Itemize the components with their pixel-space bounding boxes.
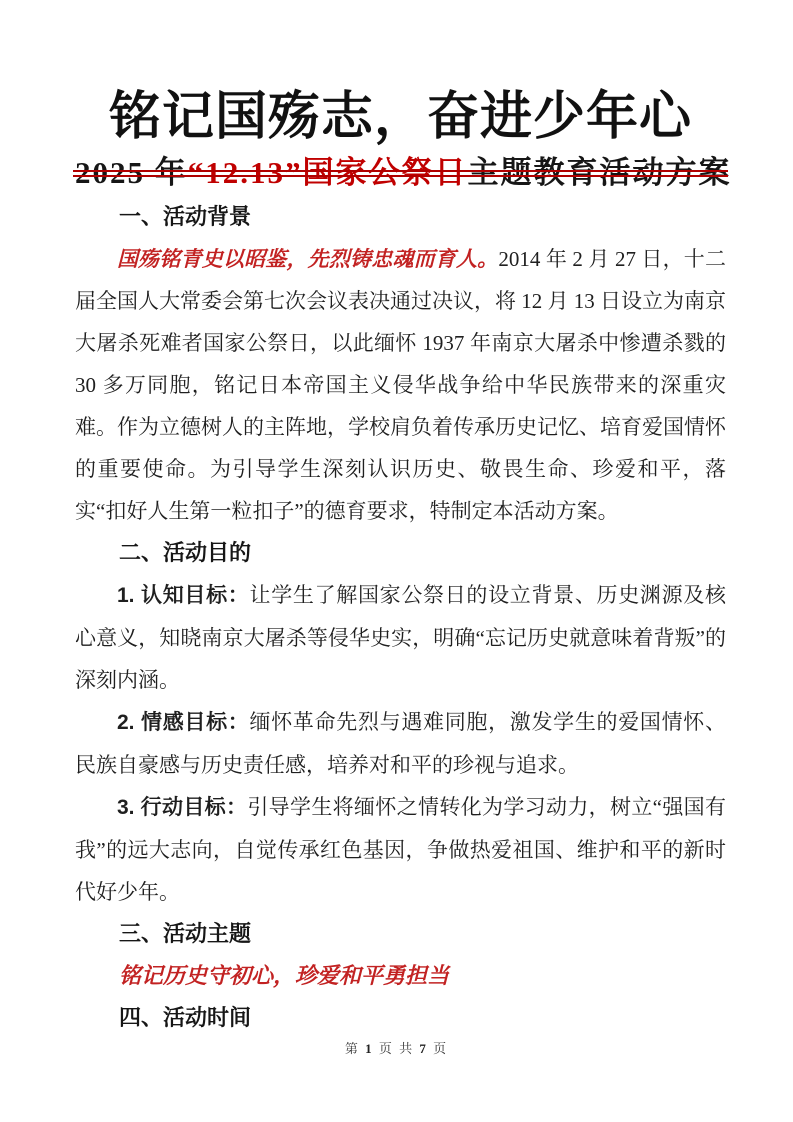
section-heading-theme: 三、活动主题 (75, 913, 726, 955)
page-footer: 第 1 页 共 7 页 (0, 1038, 793, 1057)
objective-item-emotion: 2. 情感目标：缅怀革命先烈与遇难同胞，激发学生的爱国情怀、民族自豪感与历史责任… (75, 701, 726, 786)
objective-label-emotion: 2. 情感目标： (117, 711, 250, 734)
section-heading-purpose: 二、活动目的 (75, 532, 726, 574)
section-heading-background: 一、活动背景 (75, 196, 726, 238)
subtitle-prefix: 2025 年 (75, 155, 188, 190)
document-page: 铭记国殇志，奋进少年心 2025 年“12.13”国家公祭日主题教育活动方案 一… (0, 0, 793, 1122)
footer-text-before: 第 (345, 1041, 365, 1056)
subtitle-deleted-red-text: “12.13”国家公祭日 (188, 155, 468, 190)
activity-theme-red-text: 铭记历史守初心，珍爱和平勇担当 (75, 955, 726, 997)
main-title: 铭记国殇志，奋进少年心 (75, 86, 726, 150)
objective-label-action: 3. 行动目标： (117, 796, 247, 819)
subtitle-line: 2025 年“12.13”国家公祭日主题教育活动方案 (75, 150, 726, 196)
footer-page-number: 1 (365, 1041, 374, 1056)
footer-text-middle: 页 共 (374, 1041, 420, 1056)
red-epigraph-text: 国殇铭青史以昭鉴，先烈铸忠魂而育人。 (117, 247, 498, 271)
footer-text-after: 页 (428, 1041, 448, 1056)
objective-item-action: 3. 行动目标：引导学生将缅怀之情转化为学习动力，树立“强国有我”的远大志向，自… (75, 786, 726, 913)
section-heading-time: 四、活动时间 (75, 997, 726, 1039)
background-body-text: 2014 年 2 月 27 日，十二届全国人大常委会第七次会议表决通过决议，将 … (75, 247, 726, 523)
background-paragraph: 国殇铭青史以昭鉴，先烈铸忠魂而育人。2014 年 2 月 27 日，十二届全国人… (75, 238, 726, 532)
objective-label-cognition: 1. 认知目标： (117, 584, 250, 607)
footer-total-pages: 7 (419, 1041, 428, 1056)
subtitle-suffix: 主题教育活动方案 (468, 155, 732, 190)
objective-item-cognition: 1. 认知目标：让学生了解国家公祭日的设立背景、历史渊源及核心意义，知晓南京大屠… (75, 574, 726, 701)
